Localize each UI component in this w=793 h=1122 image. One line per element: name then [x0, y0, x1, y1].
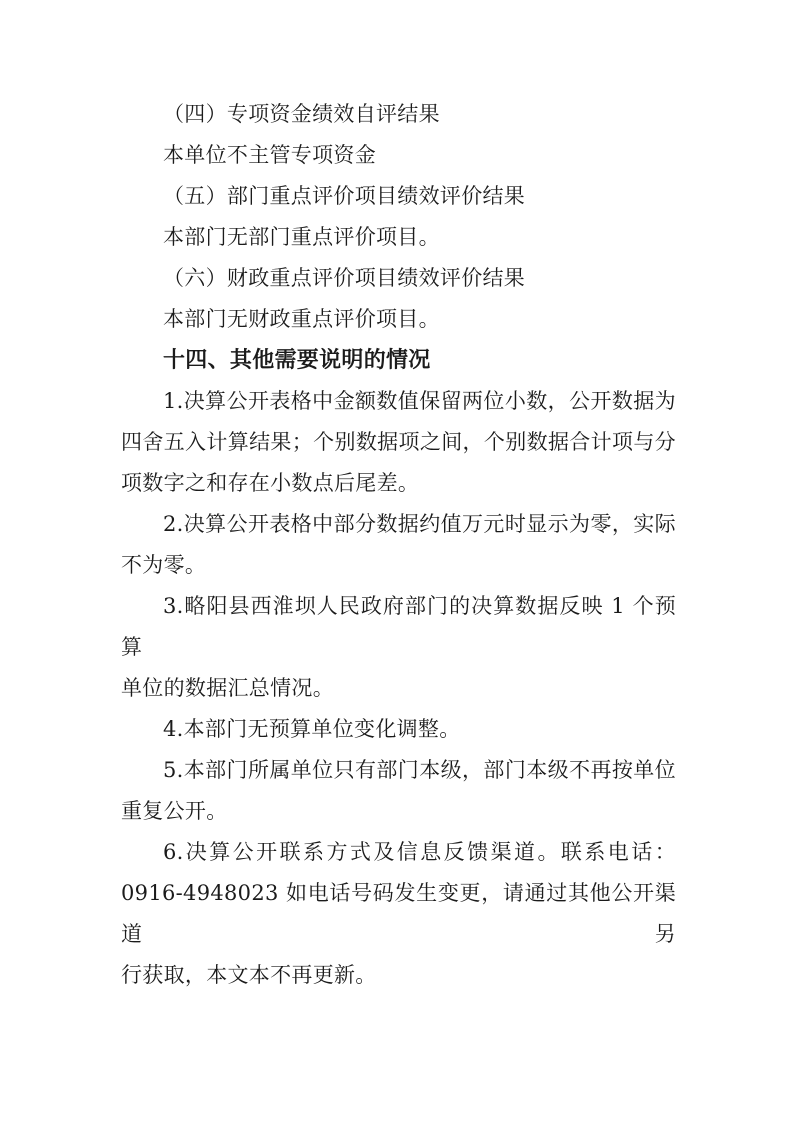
note-1-line-2: 四舍五入计算结果；个别数据项之间，个别数据合计项与分 [121, 422, 676, 463]
heading-section-four: （四）专项资金绩效自评结果 [121, 94, 676, 135]
note-2-line-2: 不为零。 [121, 545, 676, 586]
note-3-line-2: 单位的数据汇总情况。 [121, 668, 676, 709]
document-page: （四）专项资金绩效自评结果 本单位不主管专项资金 （五）部门重点评价项目绩效评价… [0, 0, 793, 1122]
document-body: （四）专项资金绩效自评结果 本单位不主管专项资金 （五）部门重点评价项目绩效评价… [121, 94, 676, 996]
note-6-line-3: 行获取，本文本不再更新。 [121, 955, 676, 996]
heading-section-six: （六）财政重点评价项目绩效评价结果 [121, 258, 676, 299]
note-6-line-2: 0916-4948023 如电话号码发生变更，请通过其他公开渠道另 [121, 873, 676, 955]
note-1-line-1: 1.决算公开表格中金额数值保留两位小数，公开数据为 [121, 381, 676, 422]
para-no-special-funds: 本单位不主管专项资金 [121, 135, 676, 176]
note-1-line-3: 项数字之和存在小数点后尾差。 [121, 463, 676, 504]
note-5-line-2: 重复公开。 [121, 791, 676, 832]
para-no-finance-key-projects: 本部门无财政重点评价项目。 [121, 299, 676, 340]
note-2-line-1: 2.决算公开表格中部分数据约值万元时显示为零，实际 [121, 504, 676, 545]
heading-section-five: （五）部门重点评价项目绩效评价结果 [121, 176, 676, 217]
note-4-line-1: 4.本部门无预算单位变化调整。 [121, 709, 676, 750]
note-5-line-1: 5.本部门所属单位只有部门本级，部门本级不再按单位 [121, 750, 676, 791]
note-3-line-1: 3.略阳县西淮坝人民政府部门的决算数据反映 1 个预算 [121, 586, 676, 668]
heading-fourteen-other-notes: 十四、其他需要说明的情况 [121, 340, 676, 381]
note-6-line-1: 6.决算公开联系方式及信息反馈渠道。联系电话： [121, 832, 676, 873]
para-no-dept-key-projects: 本部门无部门重点评价项目。 [121, 217, 676, 258]
